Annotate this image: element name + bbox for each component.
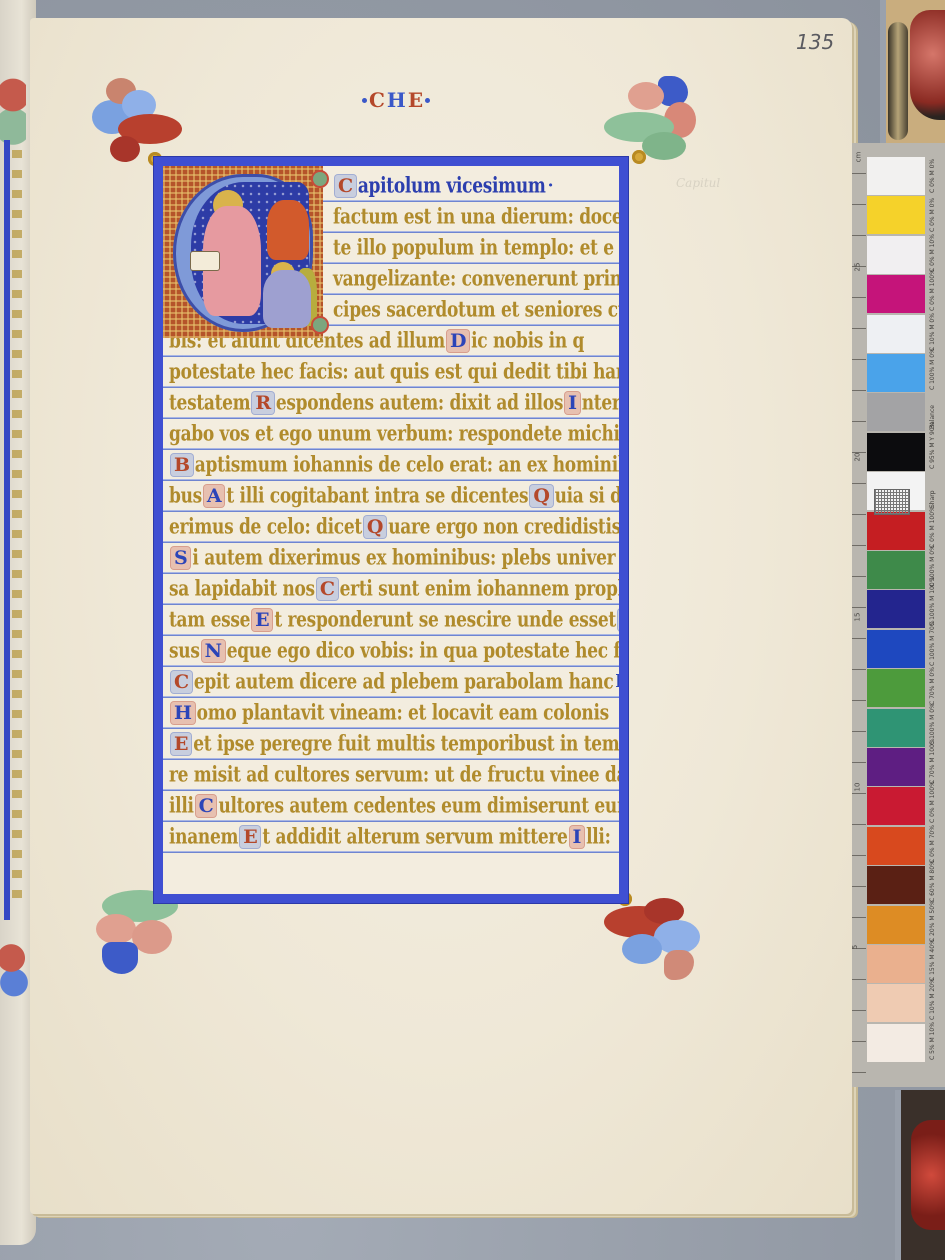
line-text: cipes sacerdotum et seniores cum scri (333, 297, 619, 322)
decorated-initial: N (202, 640, 225, 662)
text-line: re misit ad cultores servum: ut de fruct… (163, 759, 619, 791)
patch-label: Sharp (929, 468, 936, 508)
line-text: re misit ad cultores servum: ut de fruct… (169, 762, 619, 787)
line-text: illi (169, 793, 194, 818)
color-patch (867, 196, 925, 234)
text-fragment (12, 150, 22, 910)
ruler-mark: 10 (853, 783, 861, 792)
color-patch (867, 630, 925, 668)
patch-label: C 15% M 40% (929, 941, 936, 981)
color-patch (867, 945, 925, 983)
corner-ornament-bottom-right (604, 890, 700, 986)
decorated-initial: H (171, 702, 195, 724)
patch-label: C 0% M 0% (929, 192, 936, 232)
color-patch (867, 236, 925, 274)
text-line: testatemRespondens autem: dixit ad illos… (163, 387, 619, 419)
line-text: apitolum vicesimum (358, 173, 546, 198)
color-patch (867, 827, 925, 865)
color-patch (867, 1024, 925, 1062)
color-patch (867, 275, 925, 313)
patch-label: C 0% M 100% (929, 508, 936, 548)
open-book (191, 252, 219, 270)
line-text: uia si dix (555, 483, 619, 508)
patch-label: C 0% M 10% (929, 232, 936, 272)
line-text: tam esse (169, 607, 250, 632)
decorated-initial: C (171, 671, 192, 693)
decorated-initial: E (252, 609, 272, 631)
line-text: gabo vos et ego unum verbum: respondete … (169, 421, 619, 446)
patch-label: C 10% M 20% (929, 980, 936, 1020)
text-line: illiCultores autem cedentes eum dimiseru… (163, 790, 619, 822)
text-line: Cepit autem dicere ad plebem parabolam h… (163, 666, 619, 698)
text-line: sa lapidabit nosCerti sunt enim iohannem… (163, 573, 619, 605)
patch-label: C 0% M 0% (929, 153, 936, 193)
line-text: potestate hec facis: aut quis est qui de… (169, 359, 619, 384)
marginal-note: Capitul (676, 176, 720, 190)
color-patch (867, 787, 925, 825)
color-patch (867, 748, 925, 786)
decorated-initial: S (171, 547, 190, 569)
color-patch (867, 393, 925, 431)
text-line: Homo plantavit vineam: et locavit eam co… (163, 697, 619, 729)
line-text: ic nobis in q (471, 328, 584, 353)
line-text: t responderunt se nescire unde esset (274, 607, 616, 632)
patch-label: C 100% M 0% (929, 350, 936, 390)
decorated-initial: A (204, 485, 224, 507)
patch-label: C 70% M 100% (929, 744, 936, 784)
ruler-mark: 20 (853, 453, 861, 462)
text-line: inanemEt addidit alterum servum mittereI… (163, 821, 619, 853)
line-text: i autem dixerimus ex hominibus: plebs un… (192, 545, 615, 570)
line-text: epit autem dicere ad plebem parabolam ha… (194, 669, 614, 694)
apostle-figure (263, 270, 311, 328)
decorated-initial: I (565, 392, 580, 414)
book-weight-top (880, 0, 945, 143)
line-text: nterro (582, 390, 619, 415)
dot-ornament (362, 98, 367, 103)
decorated-initial: B (171, 454, 193, 476)
text-line: tam esseEt responderunt se nescire unde … (163, 604, 619, 636)
line-text: vangelizante: convenerunt prin (333, 266, 619, 291)
corner-ornament-top-right (602, 72, 698, 168)
corner-ornament-top-left (88, 72, 184, 168)
line-text: erti sunt enim iohannem prophe (340, 576, 619, 601)
color-patch (867, 433, 925, 471)
snake-weight (888, 22, 908, 140)
line-text: t in tempo (547, 731, 619, 756)
patch-label: C 70% M 0% (929, 665, 936, 705)
color-patch (867, 551, 925, 589)
line-text: eque ego dico vobis: in qua potestate he… (227, 638, 619, 663)
decorated-initial: Q (530, 485, 552, 507)
line-filler: h (615, 672, 619, 692)
sharpness-grid-icon (874, 489, 910, 515)
folio-number: 135 (796, 30, 834, 54)
line-text: sa lapidabit nos (169, 576, 315, 601)
line-filler: · (548, 176, 554, 196)
dot-ornament (425, 98, 430, 103)
patch-label: C 0% M 100% (929, 783, 936, 823)
line-text: inanem (169, 824, 238, 849)
decorated-initial: C (196, 795, 217, 817)
ruler-mark: cm (854, 152, 862, 163)
decorated-initial: E (171, 733, 191, 755)
color-calibration-target: cm252015105 C 0% M 0%C 0% M 0%C 0% M 10%… (852, 143, 945, 1087)
line-text: sus (169, 638, 200, 663)
running-head-letter: C (369, 88, 385, 112)
book-weight-bottom (895, 1090, 945, 1260)
historiated-initial (163, 166, 323, 338)
line-text: et ipse peregre fuit multis temporibus (193, 731, 547, 756)
text-line: Si autem dixerimus ex hominibus: plebs u… (163, 542, 619, 574)
text-line: Baptismum iohannis de celo erat: an ex h… (163, 449, 619, 481)
ruler-mark: 25 (853, 263, 861, 272)
line-text: t illi cogitabant intra se dicentes (226, 483, 528, 508)
patch-label: C 60% M 80% (929, 862, 936, 902)
line-text: espondens autem: dixit ad illos (276, 390, 563, 415)
patch-label: C 5% M 10% (929, 1020, 936, 1060)
color-patch (867, 590, 925, 628)
line-text: t addidit alterum servum mittere (262, 824, 567, 849)
line-text: lli: (586, 824, 610, 849)
patch-label: C 95% M Y 90% (929, 429, 936, 469)
color-patch (867, 315, 925, 353)
red-cushion (911, 1120, 945, 1230)
figure-in-red (267, 200, 309, 260)
decorated-initial: A (618, 609, 619, 631)
decorated-initial: I (570, 826, 585, 848)
patch-label: C 0% M 70% (929, 823, 936, 863)
ruler-mark: 5 (851, 945, 859, 949)
text-line: busAt illi cogitabant intra se dicentesQ… (163, 480, 619, 512)
color-patch (867, 669, 925, 707)
decorated-initial: R (252, 392, 274, 414)
patch-label: C 0% M 100% (929, 271, 936, 311)
color-patch (867, 906, 925, 944)
color-patch (867, 866, 925, 904)
line-text: ultores autem cedentes eum dimiserunt eu… (218, 793, 619, 818)
decorated-initial: E (240, 826, 260, 848)
line-text: testatem (169, 390, 250, 415)
text-line: erimus de celo: dicetQuare ergo non cred… (163, 511, 619, 543)
decorated-initial: D (447, 330, 469, 352)
decorated-initial: C (335, 175, 356, 197)
running-head: C H E (362, 88, 430, 112)
line-text: te illo populum in templo: et e (333, 235, 614, 260)
text-block: Capitolum vicesimum·factum est in una di… (163, 166, 619, 894)
color-patch (867, 709, 925, 747)
line-text: omo plantavit vineam: et locavit eam col… (197, 700, 609, 725)
text-frame: Capitolum vicesimum·factum est in una di… (153, 156, 629, 904)
line-text: factum est in una dierum: docen (333, 204, 619, 229)
red-cushion (910, 10, 945, 120)
ruler-mark: 15 (853, 613, 861, 622)
patch-label: C 100% M 70% (929, 626, 936, 666)
text-line: gabo vos et ego unum verbum: respondete … (163, 418, 619, 450)
line-text: aptismum iohannis de celo erat: an ex ho… (195, 452, 619, 477)
patch-label: C 20% M 50% (929, 902, 936, 942)
decorated-initial: C (317, 578, 338, 600)
color-patch (867, 984, 925, 1022)
frame-fragment (4, 140, 10, 920)
decorated-initial: Q (364, 516, 386, 538)
text-line: susNeque ego dico vobis: in qua potestat… (163, 635, 619, 667)
ornament-fragment (0, 930, 28, 1000)
line-text: bus (169, 483, 202, 508)
text-line: Eet ipse peregre fuit multis temporibust… (163, 728, 619, 760)
running-head-letter: E (408, 88, 423, 112)
running-head-letter: H (387, 88, 406, 112)
color-patch (867, 512, 925, 550)
patch-label: C 10% M 0% (929, 311, 936, 351)
leaf-ornament (313, 318, 327, 332)
color-patch (867, 354, 925, 392)
line-text: erimus de celo: dicet (169, 514, 362, 539)
color-patch (867, 157, 925, 195)
leaf-ornament (313, 172, 327, 186)
text-line: potestate hec facis: aut quis est qui de… (163, 356, 619, 388)
line-text: uare ergo non credidistis illi (388, 514, 619, 539)
